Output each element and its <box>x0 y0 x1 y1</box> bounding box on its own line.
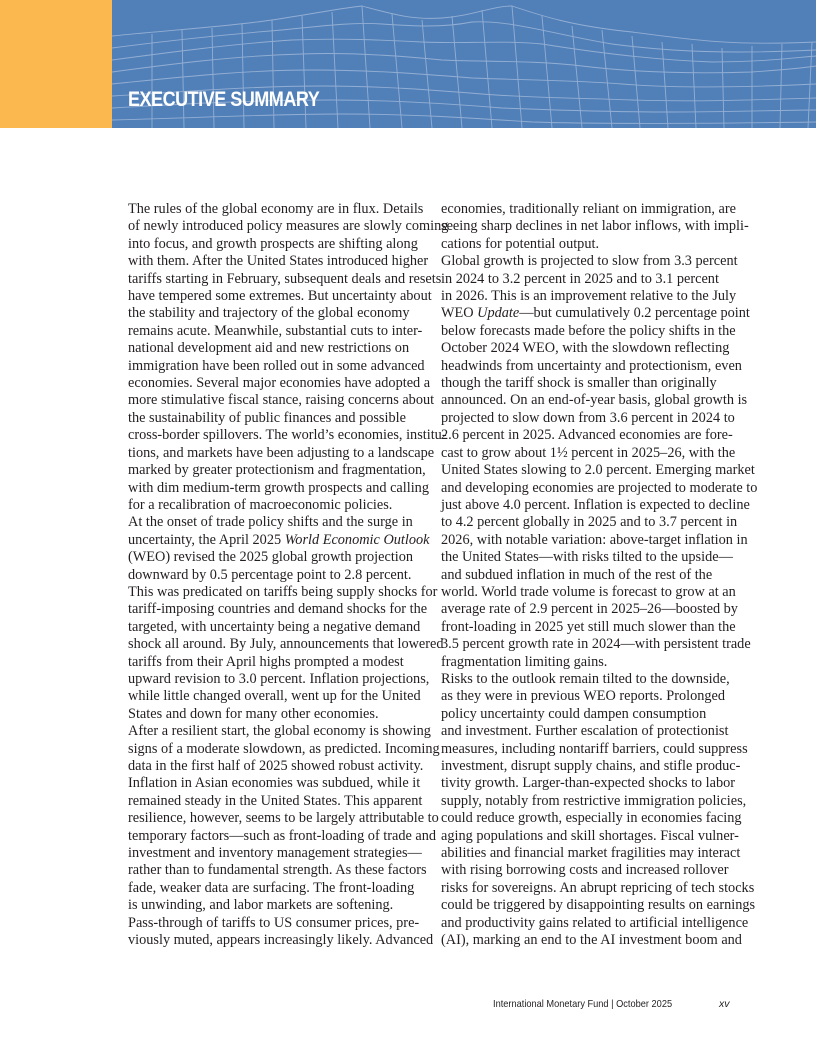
text-line: Inflation in Asian economies was subdued… <box>128 775 410 792</box>
text-line: viously muted, appears increasingly like… <box>128 932 410 949</box>
text-line: and productivity gains related to artifi… <box>441 915 733 932</box>
text-line: could reduce growth, especially in econo… <box>441 810 733 827</box>
text-line: remains acute. Meanwhile, substantial cu… <box>128 323 410 340</box>
header-banner: EXECUTIVE SUMMARY <box>0 0 816 128</box>
text-line: signs of a moderate slowdown, as predict… <box>128 741 410 758</box>
text-line: After a resilient start, the global econ… <box>128 723 410 740</box>
text-line: tariff-imposing countries and demand sho… <box>128 601 410 618</box>
text-line: economies, traditionally reliant on immi… <box>441 201 733 218</box>
text-line: risks for sovereigns. An abrupt repricin… <box>441 880 733 897</box>
footer-source: International Monetary Fund | October 20… <box>493 998 672 1010</box>
text-line: projected to slow down from 3.6 percent … <box>441 410 733 427</box>
text-line: of newly introduced policy measures are … <box>128 218 410 235</box>
text-line: economies. Several major economies have … <box>128 375 410 392</box>
paragraph: After a resilient start, the global econ… <box>128 723 410 949</box>
text-line: abilities and financial market fragiliti… <box>441 845 733 862</box>
text-line: and investment. Further escalation of pr… <box>441 723 733 740</box>
text-line: resilience, however, seems to be largely… <box>128 810 410 827</box>
text-line: the sustainability of public finances an… <box>128 410 410 427</box>
text-line: headwinds from uncertainty and protectio… <box>441 358 733 375</box>
text-line: tions, and markets have been adjusting t… <box>128 445 410 462</box>
page-number: xv <box>719 998 730 1010</box>
text-line: national development aid and new restric… <box>128 340 410 357</box>
paragraph: Risks to the outlook remain tilted to th… <box>441 671 733 950</box>
text-line: investment and inventory management stra… <box>128 845 410 862</box>
page-footer: International Monetary Fund | October 20… <box>0 998 816 1018</box>
text-line: to 4.2 percent globally in 2025 and to 3… <box>441 514 733 531</box>
text-line: temporary factors—such as front-loading … <box>128 828 410 845</box>
text-line: aging populations and skill shortages. F… <box>441 828 733 845</box>
text-line: 3.5 percent growth rate in 2024—with per… <box>441 636 733 653</box>
text-line: just above 4.0 percent. Inflation is exp… <box>441 497 733 514</box>
text-line: cations for potential output. <box>441 236 733 253</box>
text-line: though the tariff shock is smaller than … <box>441 375 733 392</box>
text-line: world. World trade volume is forecast to… <box>441 584 733 601</box>
text-line: measures, including nontariff barriers, … <box>441 741 733 758</box>
text-line: cross-border spillovers. The world’s eco… <box>128 427 410 444</box>
paragraph: The rules of the global economy are in f… <box>128 201 410 514</box>
text-line: more stimulative fiscal stance, raising … <box>128 392 410 409</box>
paragraph: At the onset of trade policy shifts and … <box>128 514 410 723</box>
text-line: is unwinding, and labor markets are soft… <box>128 897 410 914</box>
text-line: front-loading in 2025 yet still much slo… <box>441 619 733 636</box>
text-line: while little changed overall, went up fo… <box>128 688 410 705</box>
text-line: could be triggered by disappointing resu… <box>441 897 733 914</box>
text-line: downward by 0.5 percentage point to 2.8 … <box>128 567 410 584</box>
text-line: 2026, with notable variation: above-targ… <box>441 532 733 549</box>
text-line: and subdued inflation in much of the res… <box>441 567 733 584</box>
text-line: States and down for many other economies… <box>128 706 410 723</box>
text-column-right: economies, traditionally reliant on immi… <box>441 201 733 949</box>
text-line: as they were in previous WEO reports. Pr… <box>441 688 733 705</box>
text-line: announced. On an end-of-year basis, glob… <box>441 392 733 409</box>
text-line: At the onset of trade policy shifts and … <box>128 514 410 531</box>
text-line: supply, notably from restrictive immigra… <box>441 793 733 810</box>
text-line: the stability and trajectory of the glob… <box>128 305 410 322</box>
text-line: uncertainty, the April 2025 World Econom… <box>128 532 410 549</box>
text-line: upward revision to 3.0 percent. Inflatio… <box>128 671 410 688</box>
text-line: Risks to the outlook remain tilted to th… <box>441 671 733 688</box>
text-line: (WEO) revised the 2025 global growth pro… <box>128 549 410 566</box>
text-line: in 2024 to 3.2 percent in 2025 and to 3.… <box>441 271 733 288</box>
text-line: United States slowing to 2.0 percent. Em… <box>441 462 733 479</box>
text-line: fade, weaker data are surfacing. The fro… <box>128 880 410 897</box>
text-column-left: The rules of the global economy are in f… <box>128 201 410 949</box>
text-line: shock all around. By July, announcements… <box>128 636 410 653</box>
text-line: seeing sharp declines in net labor inflo… <box>441 218 733 235</box>
text-line: immigration have been rolled out in some… <box>128 358 410 375</box>
text-line: policy uncertainty could dampen consumpt… <box>441 706 733 723</box>
text-line: in 2026. This is an improvement relative… <box>441 288 733 305</box>
text-line: tivity growth. Larger-than-expected shoc… <box>441 775 733 792</box>
text-line: marked by greater protectionism and frag… <box>128 462 410 479</box>
text-line: tariffs starting in February, subsequent… <box>128 271 410 288</box>
text-line: for a recalibration of macroeconomic pol… <box>128 497 410 514</box>
text-line: have tempered some extremes. But uncerta… <box>128 288 410 305</box>
text-line: tariffs from their April highs prompted … <box>128 654 410 671</box>
text-line: with dim medium-term growth prospects an… <box>128 480 410 497</box>
text-line: targeted, with uncertainty being a negat… <box>128 619 410 636</box>
text-line: into focus, and growth prospects are shi… <box>128 236 410 253</box>
text-line: below forecasts made before the policy s… <box>441 323 733 340</box>
text-line: The rules of the global economy are in f… <box>128 201 410 218</box>
text-line: with rising borrowing costs and increase… <box>441 862 733 879</box>
accent-bar <box>0 0 112 128</box>
text-line: average rate of 2.9 percent in 2025–26—b… <box>441 601 733 618</box>
paragraph: Global growth is projected to slow from … <box>441 253 733 671</box>
text-line: rather than to fundamental strength. As … <box>128 862 410 879</box>
text-line: This was predicated on tariffs being sup… <box>128 584 410 601</box>
text-line: remained steady in the United States. Th… <box>128 793 410 810</box>
text-line: 2.6 percent in 2025. Advanced economies … <box>441 427 733 444</box>
paragraph: economies, traditionally reliant on immi… <box>441 201 733 253</box>
text-line: the United States—with risks tilted to t… <box>441 549 733 566</box>
text-line: WEO Update—but cumulatively 0.2 percenta… <box>441 305 733 322</box>
page-title: EXECUTIVE SUMMARY <box>128 88 319 112</box>
text-line: with them. After the United States intro… <box>128 253 410 270</box>
text-line: (AI), marking an end to the AI investmen… <box>441 932 733 949</box>
text-line: data in the first half of 2025 showed ro… <box>128 758 410 775</box>
text-line: Pass-through of tariffs to US consumer p… <box>128 915 410 932</box>
text-line: fragmentation limiting gains. <box>441 654 733 671</box>
text-line: cast to grow about 1½ percent in 2025–26… <box>441 445 733 462</box>
text-line: and developing economies are projected t… <box>441 480 733 497</box>
text-line: investment, disrupt supply chains, and s… <box>441 758 733 775</box>
text-line: October 2024 WEO, with the slowdown refl… <box>441 340 733 357</box>
text-line: Global growth is projected to slow from … <box>441 253 733 270</box>
